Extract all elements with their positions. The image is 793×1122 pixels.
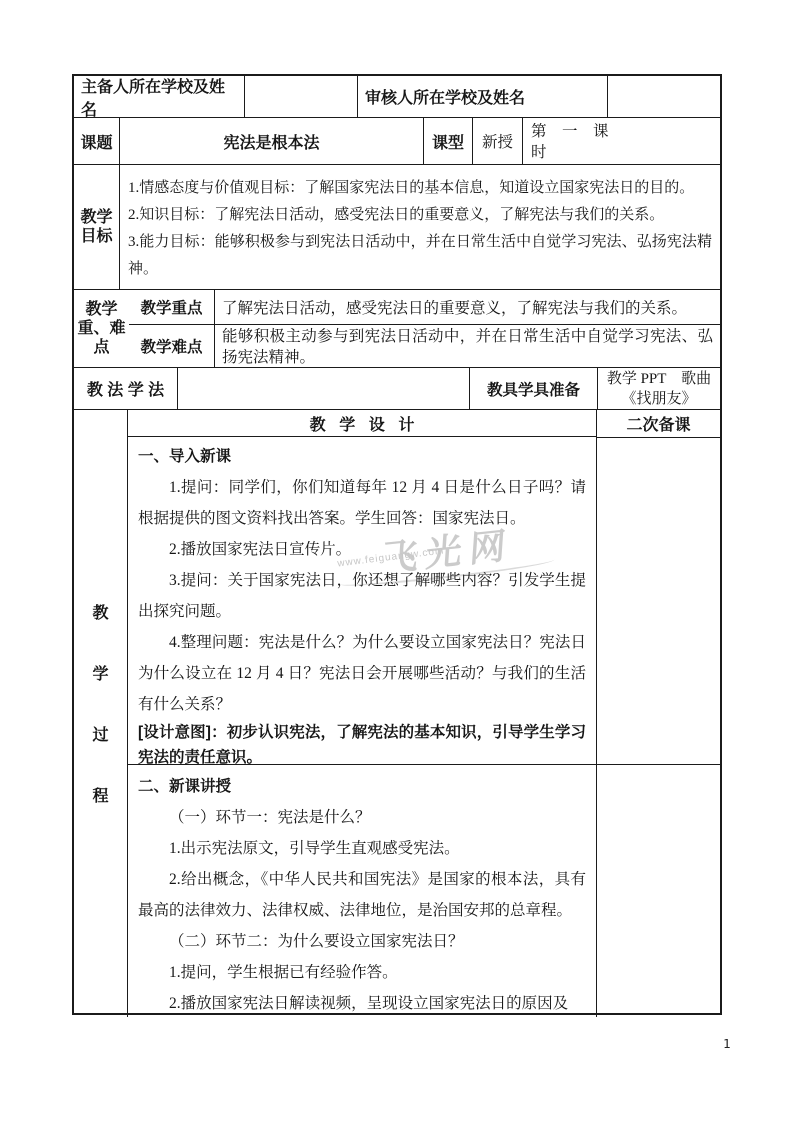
notes-section-2 [597, 765, 720, 1017]
paragraph: （二）环节二：为什么要设立国家宪法日？ [138, 926, 586, 957]
objectives-content: 1.情感态度与价值观目标：了解国家宪法日的基本信息，知道设立国家宪法日的目的。2… [119, 165, 720, 289]
process-block: 教学过程 教学设计 一、导入新课1.提问：同学们，你们知道每年 12 月 4 日… [74, 409, 720, 1017]
paragraph: 重、难 [77, 319, 125, 338]
paragraph: 程 [92, 788, 108, 806]
paragraph: 2.知识目标：了解宪法日活动，感受宪法日的重要意义，了解宪法与我们的关系。 [128, 202, 712, 229]
paragraph: 3.能力目标：能够积极参与到宪法日活动中，并在日常生活中自觉学习宪法、弘扬宪法精… [128, 229, 712, 283]
paragraph: [设计意图]：初步认识宪法，了解宪法的基本知识，引导学生学习宪法的责任意识。 [138, 720, 586, 770]
focus-label: 教学重、难点 [74, 290, 129, 367]
paragraph: 3.提问：关于国家宪法日，你还想了解哪些内容？引发学生提出探究问题。 [138, 565, 586, 627]
process-label: 教学过程 [74, 402, 127, 1009]
lesson-title: 宪法是根本法 [119, 118, 423, 164]
session-line: 第 一 课 [531, 121, 712, 142]
paragraph: 4.整理问题：宪法是什么？为什么要设立国家宪法日？宪法日为什么设立在 12 月 … [138, 627, 586, 720]
paragraph: 2.播放国家宪法日解读视频，呈现设立国家宪法日的原因及 [138, 988, 586, 1017]
paragraph: 2.播放国家宪法日宣传片。 [138, 534, 586, 565]
paragraph: 教学 [77, 300, 125, 319]
key-point-text: 了解宪法日活动，感受宪法日的重要意义，了解宪法与我们的关系。 [214, 290, 720, 324]
paragraph: 1.出示宪法原文，引导学生直观感受宪法。 [138, 833, 586, 864]
focus-row: 教学重、难点 教学重点 了解宪法日活动，感受宪法日的重要意义，了解宪法与我们的关… [74, 289, 720, 367]
course-type-label: 课型 [423, 118, 472, 164]
lesson-plan-table: 主备人所在学校及姓名 审核人所在学校及姓名 课题 宪法是根本法 课型 新授 第 … [72, 74, 722, 1015]
difficult-point-row: 教学难点 能够积极主动参与到宪法日活动中，并在日常生活中自觉学习宪法、弘扬宪法精… [129, 324, 720, 367]
course-type-value: 新授 [472, 118, 522, 164]
key-point-label: 教学重点 [129, 290, 214, 324]
design-header: 教学设计 [128, 410, 596, 437]
objectives-row: 教学目标 1.情感态度与价值观目标：了解国家宪法日的基本信息，知道设立国家宪法日… [74, 164, 720, 289]
process-section-2: 二、新课讲授（一）环节一：宪法是什么？1.出示宪法原文，引导学生直观感受宪法。2… [128, 765, 596, 1017]
document-page: { "header_row": { "left_label": "主备人所在学校… [0, 0, 793, 1122]
difficult-point-label: 教学难点 [129, 325, 214, 367]
paragraph: 教学 [80, 208, 112, 227]
paragraph: 二、新课讲授 [138, 771, 586, 802]
paragraph: 点 [77, 338, 125, 357]
paragraph: （一）环节一：宪法是什么？ [138, 802, 586, 833]
paragraph: 过 [92, 727, 108, 745]
topic-label: 课题 [74, 118, 119, 164]
methods-value [177, 368, 469, 409]
title-row: 课题 宪法是根本法 课型 新授 第 一 课 时 [74, 117, 720, 164]
paragraph: 1.提问，学生根据已有经验作答。 [138, 957, 586, 988]
notes-column: 二次备课 [596, 410, 720, 1017]
aids-value: 教学 PPT 歌曲《找朋友》 [597, 368, 720, 409]
page-number: 1 [723, 1036, 731, 1051]
paragraph: 学 [92, 666, 108, 684]
difficult-point-text: 能够积极主动参与到宪法日活动中，并在日常生活中自觉学习宪法、弘扬宪法精神。 [214, 325, 720, 367]
preparer-value [244, 76, 357, 117]
design-column: 教学设计 一、导入新课1.提问：同学们，你们知道每年 12 月 4 日是什么日子… [127, 410, 596, 1017]
paragraph: 目标 [80, 227, 112, 246]
reviewer-value [607, 76, 720, 117]
methods-row: 教 法 学 法 教具学具准备 教学 PPT 歌曲《找朋友》 [74, 367, 720, 409]
notes-section-1 [597, 438, 720, 765]
reviewer-label: 审核人所在学校及姓名 [357, 76, 607, 117]
header-row: 主备人所在学校及姓名 审核人所在学校及姓名 [74, 76, 720, 117]
session-cell: 第 一 课 时 [522, 118, 720, 164]
paragraph: 一、导入新课 [138, 441, 586, 472]
design-header-title: 教学设计 [296, 412, 428, 435]
paragraph: 教 [92, 605, 108, 623]
paragraph: 2.给出概念，《中华人民共和国宪法》是国家的根本法，具有最高的法律效力、法律权威… [138, 864, 586, 926]
objectives-label: 教学目标 [74, 165, 119, 289]
preparer-label: 主备人所在学校及姓名 [74, 76, 244, 117]
session-line: 时 [531, 142, 712, 163]
notes-header: 二次备课 [597, 410, 720, 438]
process-section-1: 一、导入新课1.提问：同学们，你们知道每年 12 月 4 日是什么日子吗？请根据… [128, 437, 596, 765]
paragraph: 1.提问：同学们，你们知道每年 12 月 4 日是什么日子吗？请根据提供的图文资… [138, 472, 586, 534]
key-point-row: 教学重点 了解宪法日活动，感受宪法日的重要意义，了解宪法与我们的关系。 [129, 290, 720, 324]
paragraph: 1.情感态度与价值观目标：了解国家宪法日的基本信息，知道设立国家宪法日的目的。 [128, 175, 712, 202]
aids-label: 教具学具准备 [469, 368, 597, 409]
